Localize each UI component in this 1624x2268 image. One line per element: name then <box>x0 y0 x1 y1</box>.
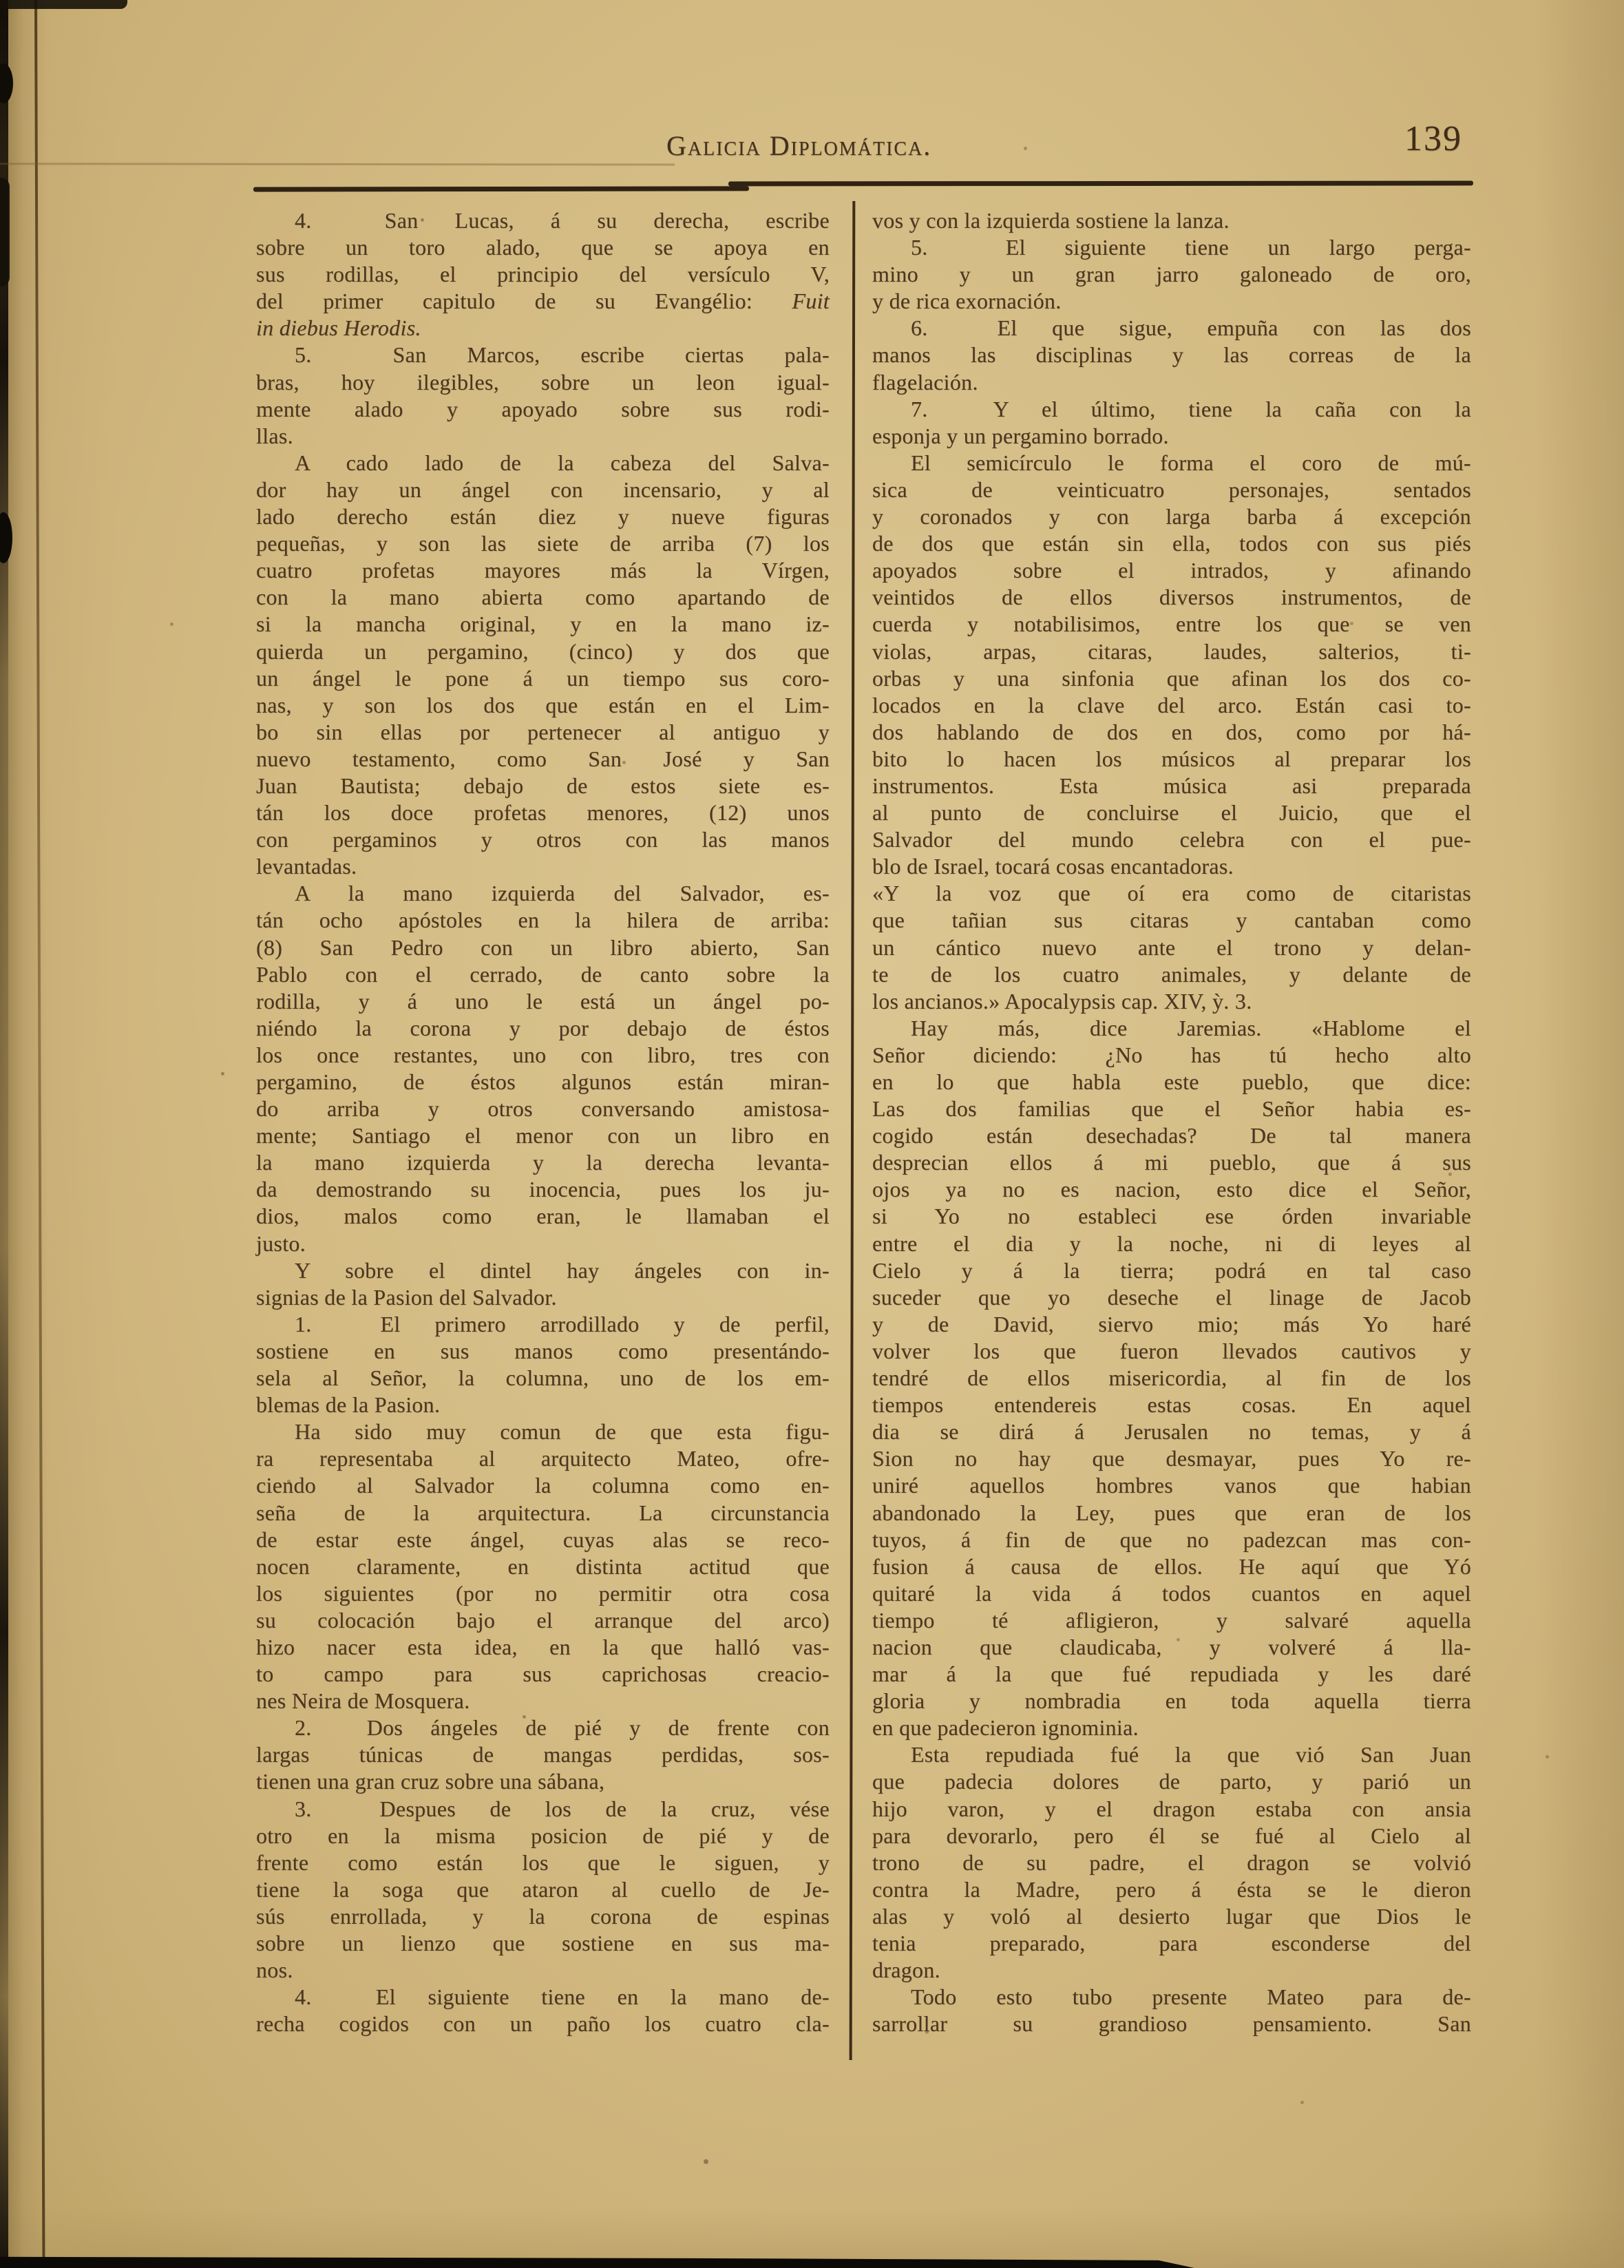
text-line: tuyos, á fin de que no padezcan mas con- <box>872 1526 1471 1553</box>
text-line: orbas y una sinfonia que afinan los dos … <box>872 665 1471 692</box>
text-line: mente; Santiago el menor con un libro en <box>256 1122 830 1149</box>
text-line: blemas de la Pasion. <box>256 1392 830 1418</box>
text-line: pergamino, de éstos algunos están miran- <box>256 1069 830 1095</box>
text-line: trono de su padre, el dragon se volvió <box>872 1849 1471 1876</box>
text-line: tienen una gran cruz sobre una sábana, <box>256 1768 830 1795</box>
text-line: en que padecieron ignominia. <box>872 1714 1471 1741</box>
text-line: mino y un gran jarro galoneado de oro, <box>872 261 1471 288</box>
text-line: tán ocho apóstoles en la hilera de arrib… <box>256 907 830 934</box>
text-line: pequeñas, y son las siete de arriba (7) … <box>256 530 830 557</box>
text-line: 4. El siguiente tiene en la mano de- <box>256 1984 830 2010</box>
text-line: tiempos entendereis estas cosas. En aque… <box>872 1392 1471 1418</box>
header-rule-left-segment <box>253 186 749 191</box>
text-line: con la mano abierta como apartando de <box>256 584 830 611</box>
text-line: desprecian ellos á mi pueblo, que á sus <box>872 1149 1471 1176</box>
text-line: cogido están desechadas? De tal manera <box>872 1122 1471 1149</box>
text-line: sús enrrollada, y la corona de espinas <box>256 1903 830 1930</box>
text-line: volver los que fueron llevados cautivos … <box>872 1338 1471 1365</box>
text-line: que padecia dolores de parto, y parió un <box>872 1768 1471 1795</box>
text-line: «Y la voz que oí era como de citaristas <box>872 880 1471 907</box>
text-line: in diebus Herodis. <box>256 315 830 342</box>
text-line: bras, hoy ilegibles, sobre un leon igual… <box>256 369 830 396</box>
text-line: ciendo al Salvador la columna como en- <box>256 1472 830 1499</box>
text-line: ojos ya no es nacion, esto dice el Señor… <box>872 1176 1471 1203</box>
text-line: signias de la Pasion del Salvador. <box>256 1284 830 1311</box>
text-line: su colocación bajo el arranque del arco) <box>256 1607 830 1634</box>
left-column: 4. San Lucas, á su derecha, escribesobre… <box>256 207 830 2037</box>
text-line: que tañian sus citaras y cantaban como <box>872 907 1471 934</box>
text-line: si Yo no estableci ese órden invariable <box>872 1203 1471 1230</box>
text-line: recha cogidos con un paño los cuatro cla… <box>256 2010 830 2037</box>
text-line: niéndo la corona y por debajo de éstos <box>256 1015 830 1042</box>
text-line: alas y voló al desierto lugar que Dios l… <box>872 1903 1471 1930</box>
text-line: contra la Madre, pero á ésta se le diero… <box>872 1876 1471 1903</box>
paper-crease-vertical <box>34 0 45 2268</box>
text-line: largas túnicas de mangas perdidas, sos- <box>256 1741 830 1768</box>
text-line: quierda un pergamino, (cinco) y dos que <box>256 638 830 665</box>
text-line: Cielo y á la tierra; podrá en tal caso <box>872 1257 1471 1284</box>
text-line: 1. El primero arrodillado y de perfil, <box>256 1311 830 1338</box>
text-line: y de David, siervo mio; más Yo haré <box>872 1311 1471 1338</box>
text-line: un cántico nuevo ante el trono y delan- <box>872 934 1471 961</box>
text-line: con pergaminos y otros con las manos <box>256 826 830 853</box>
text-line: Las dos familias que el Señor habia es- <box>872 1095 1471 1122</box>
text-line: abandonado la Ley, pues que eran de los <box>872 1500 1471 1526</box>
text-line: hizo nacer esta idea, en la que halló va… <box>256 1634 830 1661</box>
text-line: cuatro profetas mayores más la Vírgen, <box>256 557 830 584</box>
text-line: tán los doce profetas menores, (12) unos <box>256 799 830 826</box>
text-line: vos y con la izquierda sostiene la lanza… <box>872 207 1471 234</box>
text-line: tendré de ellos misericordia, al fin de … <box>872 1365 1471 1392</box>
text-line: mente alado y apoyado sobre sus rodi- <box>256 396 830 423</box>
text-line: si la mancha original, y en la mano iz- <box>256 611 830 638</box>
text-line: lado derecho están diez y nueve figuras <box>256 503 830 530</box>
text-line: frente como están los que le siguen, y <box>256 1849 830 1876</box>
text-line: nacion que claudicaba, y volveré á lla- <box>872 1634 1471 1661</box>
text-line: bo sin ellas por pertenecer al antiguo y <box>256 719 830 746</box>
text-line: sica de veinticuatro personajes, sentado… <box>872 476 1471 503</box>
text-line: da demostrando su inocencia, pues los ju… <box>256 1176 830 1203</box>
paper-specks <box>0 0 2 2</box>
header-rule-main-segment <box>728 181 1473 187</box>
text-line: dia se dirá á Jerusalen no temas, y á <box>872 1418 1471 1445</box>
text-line: y de rica exornación. <box>872 288 1471 315</box>
text-line: para devorarlo, pero él se fué al Cielo … <box>872 1823 1471 1849</box>
text-line: dios, malos como eran, le llamaban el <box>256 1203 830 1230</box>
text-line: 3. Despues de los de la cruz, vése <box>256 1796 830 1823</box>
text-line: A cado lado de la cabeza del Salva- <box>256 450 830 476</box>
text-line: Hay más, dice Jaremias. «Hablome el <box>872 1015 1471 1042</box>
scanned-page: Galicia Diplomática. 139 4. San Lucas, á… <box>0 0 1624 2268</box>
text-line: Señor diciendo: ¿No has tú hecho alto <box>872 1042 1471 1069</box>
text-line: nas, y son los dos que están en el Lim- <box>256 692 830 719</box>
scan-blot <box>0 63 13 103</box>
text-line: sostiene en sus manos como presentándo- <box>256 1338 830 1365</box>
text-line: sobre un lienzo que sostiene en sus ma- <box>256 1930 830 1957</box>
page-number: 139 <box>1404 118 1462 159</box>
text-line: un ángel le pone á un tiempo sus coro- <box>256 665 830 692</box>
text-line: los once restantes, uno con libro, tres … <box>256 1042 830 1069</box>
text-line: del primer capitulo de su Evangélio: Fui… <box>256 288 830 315</box>
text-line: esponja y un pergamino borrado. <box>872 423 1471 450</box>
text-line: de dos que están sin ella, todos con sus… <box>872 530 1471 557</box>
text-line: te de los cuatro animales, y delante de <box>872 961 1471 988</box>
text-line: nos. <box>256 1957 830 1984</box>
text-line: dor hay un ángel con incensario, y al <box>256 476 830 503</box>
text-line: en lo que habla este pueblo, que dice: <box>872 1069 1471 1095</box>
text-line: ra representaba al arquitecto Mateo, ofr… <box>256 1445 830 1472</box>
text-line: de estar este ángel, cuyas alas se reco- <box>256 1526 830 1553</box>
text-line: rodilla, y á uno le está un ángel po- <box>256 988 830 1015</box>
text-line: dos hablando de dos en dos, como por há- <box>872 719 1471 746</box>
text-line: sus rodillas, el principio del versículo… <box>256 261 830 288</box>
text-line: Ha sido muy comun de que esta figu- <box>256 1418 830 1445</box>
text-line: hijo varon, y el dragon estaba con ansia <box>872 1796 1471 1823</box>
text-line: manos las disciplinas y las correas de l… <box>872 342 1471 368</box>
text-line: Salvador del mundo celebra con el pue- <box>872 826 1471 853</box>
text-line: Esta repudiada fué la que vió San Juan <box>872 1741 1471 1768</box>
text-line: otro en la misma posicion de pié y de <box>256 1823 830 1849</box>
text-line: dragon. <box>872 1957 1471 1984</box>
text-line: mar á la que fué repudiada y les daré <box>872 1661 1471 1688</box>
text-line: entre el dia y la noche, ni di leyes al <box>872 1230 1471 1257</box>
text-line: Todo esto tubo presente Mateo para de- <box>872 1984 1471 2010</box>
text-line: instrumentos. Esta música asi preparada <box>872 773 1471 799</box>
text-line: Juan Bautista; debajo de estos siete es- <box>256 773 830 799</box>
text-line: quitaré la vida á todos cuantos en aquel <box>872 1580 1471 1607</box>
text-line: justo. <box>256 1230 830 1257</box>
text-line: los siguientes (por no permitir otra cos… <box>256 1580 830 1607</box>
scan-blot <box>0 178 10 286</box>
text-line: los ancianos.» Apocalypsis cap. XIV, ỳ. … <box>872 988 1471 1015</box>
text-line: 5. San Marcos, escribe ciertas pala- <box>256 342 830 368</box>
binding-edge <box>0 0 8 2268</box>
text-line: flagelación. <box>872 369 1471 396</box>
text-line: nocen claramente, en distinta actitud qu… <box>256 1553 830 1580</box>
page-title: Galicia Diplomática. <box>666 129 931 162</box>
text-line: Y sobre el dintel hay ángeles con in- <box>256 1257 830 1284</box>
text-line: tiene la soga que ataron al cuello de Je… <box>256 1876 830 1903</box>
text-line: nuevo testamento, como San José y San <box>256 746 830 773</box>
text-line: Sion no hay que desmayar, pues Yo re- <box>872 1445 1471 1472</box>
text-line: y coronados y con larga barba á excepció… <box>872 503 1471 530</box>
text-line: 2. Dos ángeles de pié y de frente con <box>256 1714 830 1741</box>
scan-blot <box>0 512 12 563</box>
scan-smudge-top <box>0 0 127 9</box>
text-line: El semicírculo le forma el coro de mú- <box>872 450 1471 476</box>
text-line: bito lo hacen los músicos al preparar lo… <box>872 746 1471 773</box>
paper-crease-horizontal <box>0 162 675 165</box>
text-line: 7. Y el último, tiene la caña con la <box>872 396 1471 423</box>
text-line: 6. El que sigue, empuña con las dos <box>872 315 1471 342</box>
text-line: seña de la arquitectura. La circunstanci… <box>256 1500 830 1526</box>
text-line: gloria y nombradia en toda aquella tierr… <box>872 1688 1471 1714</box>
text-line: nes Neira de Mosquera. <box>256 1688 830 1714</box>
text-line: tenia preparado, para esconderse del <box>872 1930 1471 1957</box>
text-line: violas, arpas, citaras, laudes, salterio… <box>872 638 1471 665</box>
text-line: fusion á causa de ellos. He aquí que Yó <box>872 1553 1471 1580</box>
text-line: llas. <box>256 423 830 450</box>
bottom-scan-edge <box>0 2256 1194 2268</box>
text-line: 5. El siguiente tiene un largo perga- <box>872 234 1471 261</box>
text-line: apoyados sobre el intrados, y afinando <box>872 557 1471 584</box>
text-line: A la mano izquierda del Salvador, es- <box>256 880 830 907</box>
text-line: cuerda y notabilisimos, entre los que se… <box>872 611 1471 638</box>
text-line: locados en la clave del arco. Están casi… <box>872 692 1471 719</box>
text-line: blo de Israel, tocará cosas encantadoras… <box>872 853 1471 880</box>
text-line: (8) San Pedro con un libro abierto, San <box>256 934 830 961</box>
text-line: sela al Señor, la columna, uno de los em… <box>256 1365 830 1392</box>
text-line: al punto de concluirse el Juicio, que el <box>872 799 1471 826</box>
text-line: tiempo té afligieron, y salvaré aquella <box>872 1607 1471 1634</box>
text-line: uniré aquellos hombres vanos que habian <box>872 1472 1471 1499</box>
text-line: sarrollar su grandioso pensamiento. San <box>872 2010 1471 2037</box>
text-line: levantadas. <box>256 853 830 880</box>
text-line: veintidos de ellos diversos instrumentos… <box>872 584 1471 611</box>
text-line: to campo para sus caprichosas creacio- <box>256 1661 830 1688</box>
text-line: 4. San Lucas, á su derecha, escribe <box>256 207 830 234</box>
text-line: suceder que yo deseche el linage de Jaco… <box>872 1284 1471 1311</box>
text-line: do arriba y otros conversando amistosa- <box>256 1095 830 1122</box>
text-line: sobre un toro alado, que se apoya en <box>256 234 830 261</box>
text-line: Pablo con el cerrado, de canto sobre la <box>256 961 830 988</box>
column-divider <box>850 201 856 2060</box>
right-column: vos y con la izquierda sostiene la lanza… <box>872 207 1471 2037</box>
text-line: la mano izquierda y la derecha levanta- <box>256 1149 830 1176</box>
